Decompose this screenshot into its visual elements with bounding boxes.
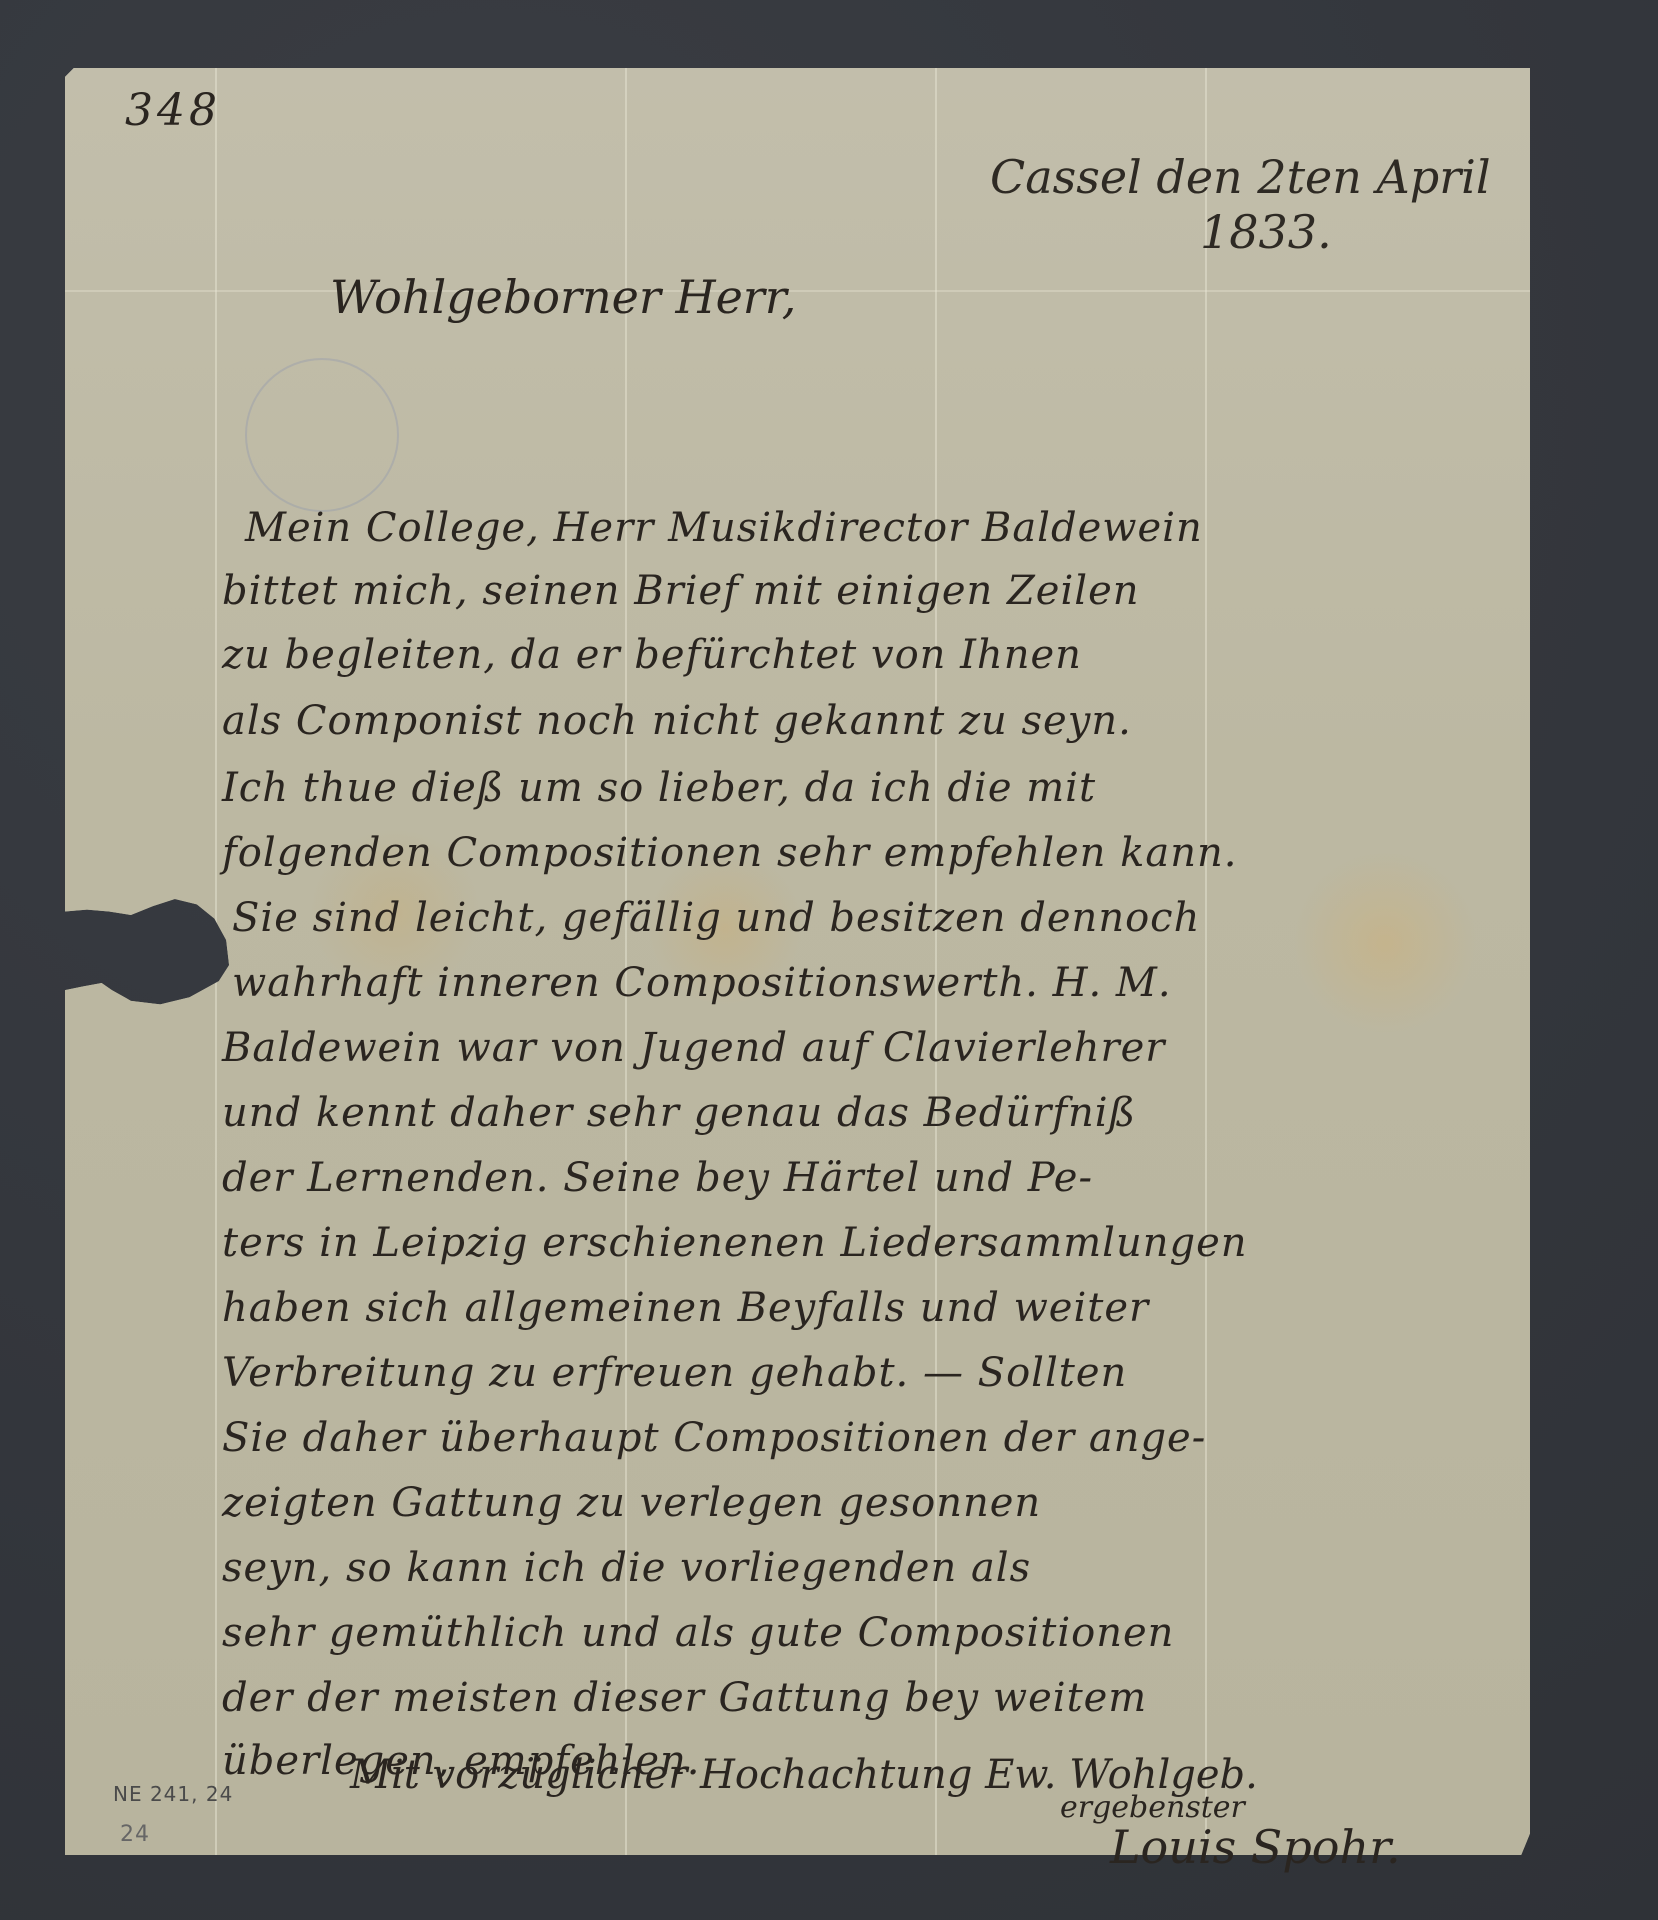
body-line: zu begleiten, da er befürchtet von Ihnen <box>222 632 1082 678</box>
body-line: und kennt daher sehr genau das Bedürfniß <box>222 1090 1136 1136</box>
fold-line <box>215 68 217 1855</box>
salutation: Wohlgeborner Herr, <box>330 270 796 324</box>
body-line: wahrhaft inneren Compositionswerth. H. M… <box>232 960 1172 1006</box>
fold-line <box>1205 68 1207 1855</box>
body-line: ters in Leipzig erschienenen Liedersamml… <box>222 1220 1248 1266</box>
body-line: Sie sind leicht, gefällig und besitzen d… <box>232 895 1200 941</box>
body-line: Baldewein war von Jugend auf Clavierlehr… <box>222 1025 1165 1071</box>
body-line: der Lernenden. Seine bey Härtel und Pe- <box>222 1155 1093 1201</box>
body-line: seyn, so kann ich die vorliegenden als <box>222 1545 1031 1591</box>
archive-shelfmark: NE 241, 24 <box>113 1782 233 1806</box>
body-line: als Componist noch nicht gekannt zu seyn… <box>222 698 1132 744</box>
body-line: sehr gemüthlich und als gute Composition… <box>222 1610 1174 1656</box>
body-line: zeigten Gattung zu verlegen gesonnen <box>222 1480 1041 1526</box>
body-line: haben sich allgemeinen Beyfalls und weit… <box>222 1285 1149 1331</box>
body-line: Verbreitung zu erfreuen gehabt. — Sollte… <box>222 1350 1127 1396</box>
body-line: Sie daher überhaupt Compositionen der an… <box>222 1415 1206 1461</box>
body-line: Mein College, Herr Musikdirector Baldewe… <box>245 505 1203 551</box>
dateline-place-date: Cassel den 2ten April <box>990 150 1491 204</box>
signature: Louis Spohr. <box>1110 1820 1401 1874</box>
body-line: folgenden Compositionen sehr empfehlen k… <box>222 830 1237 876</box>
dateline-year: 1833. <box>1200 205 1332 259</box>
faded-stamp <box>245 358 399 512</box>
body-line: Ich thue dieß um so lieber, da ich die m… <box>222 765 1096 811</box>
archive-note-secondary: 24 <box>120 1822 150 1847</box>
body-line: bittet mich, seinen Brief mit einigen Ze… <box>222 568 1140 614</box>
folio-number: 348 <box>125 85 221 136</box>
body-line: der der meisten dieser Gattung bey weite… <box>222 1675 1147 1721</box>
fold-line <box>65 290 1530 292</box>
